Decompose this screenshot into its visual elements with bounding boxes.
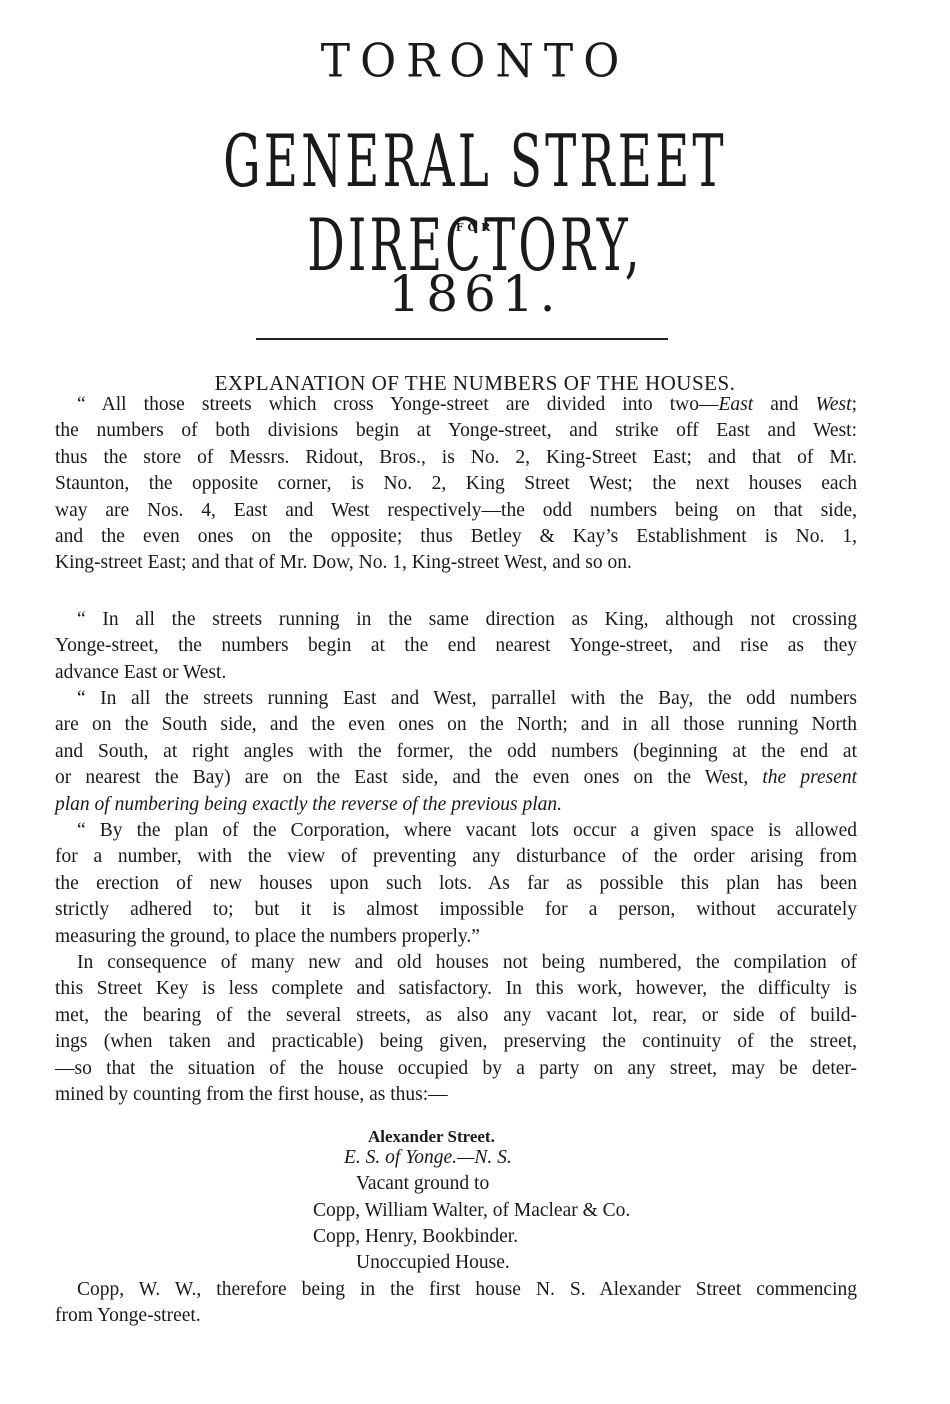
text-line: “ All those streets which cross Yonge-st… [55, 392, 857, 418]
paragraph-3: “ In all the streets running East and We… [55, 686, 857, 818]
text-line: Yonge-street, the numbers begin at the e… [55, 633, 857, 659]
italic-segment: the present [762, 767, 857, 788]
title-general-street-directory: GENERAL STREET DIRECTORY, [105, 120, 846, 288]
paragraph-1: “ All those streets which cross Yonge-st… [55, 392, 857, 577]
example-entry: Unoccupied House. [356, 1250, 510, 1276]
text-line: Copp, W. W., therefore being in the firs… [55, 1277, 857, 1303]
text-line: measuring the ground, to place the numbe… [55, 924, 857, 950]
example-entry: Vacant ground to [356, 1171, 489, 1197]
example-side: E. S. of Yonge.—N. S. [344, 1145, 512, 1171]
title-toronto: TORONTO [0, 35, 950, 89]
text-line: and South, at right angles with the form… [55, 739, 857, 765]
text-line: “ In all the streets running East and We… [55, 686, 857, 712]
text-line: are on the South side, and the even ones… [55, 712, 857, 738]
text-line: from Yonge-street. [55, 1303, 857, 1329]
directory-page: TORONTO GENERAL STREET DIRECTORY, FOR 18… [0, 0, 950, 1404]
text-line: for a number, with the view of preventin… [55, 844, 857, 870]
text-line: met, the bearing of the several streets,… [55, 1003, 857, 1029]
text-line: this Street Key is less complete and sat… [55, 976, 857, 1002]
text-line: ings (when taken and practicable) being … [55, 1029, 857, 1055]
paragraph-5: In consequence of many new and old house… [55, 950, 857, 1108]
text-line: “ In all the streets running in the same… [55, 607, 857, 633]
text-line: strictly adhered to; but it is almost im… [55, 897, 857, 923]
italic-east: East [718, 394, 753, 415]
text-segment: or nearest the Bay) are on the East side… [55, 767, 748, 788]
example-entry: Copp, William Walter, of Maclear & Co. [313, 1198, 630, 1224]
text-line: In consequence of many new and old house… [55, 950, 857, 976]
text-line: the numbers of both divisions begin at Y… [55, 418, 857, 444]
conclusion-paragraph: Copp, W. W., therefore being in the firs… [55, 1277, 857, 1330]
divider-rule [256, 338, 668, 340]
text-line: way are Nos. 4, East and West respective… [55, 498, 857, 524]
example-entry: Copp, Henry, Bookbinder. [313, 1224, 518, 1250]
text-line-italic: plan of numbering being exactly the reve… [55, 792, 857, 818]
italic-west: West [815, 394, 851, 415]
text-line: advance East or West. [55, 660, 857, 686]
title-year: 1861. [0, 265, 950, 323]
paragraph-4: “ By the plan of the Corporation, where … [55, 818, 857, 950]
text-line: King-street East; and that of Mr. Dow, N… [55, 550, 857, 576]
paragraph-2: “ In all the streets running in the same… [55, 607, 857, 686]
text-line: mined by counting from the first house, … [55, 1082, 857, 1108]
text-line: thus the store of Messrs. Ridout, Bros.,… [55, 445, 857, 471]
title-for: FOR [0, 221, 950, 234]
text-line: the erection of new houses upon such lot… [55, 871, 857, 897]
text-line: Staunton, the opposite corner, is No. 2,… [55, 471, 857, 497]
text-line: “ By the plan of the Corporation, where … [55, 818, 857, 844]
text-line: and the even ones on the opposite; thus … [55, 524, 857, 550]
text-line: —so that the situation of the house occu… [55, 1056, 857, 1082]
text-line: or nearest the Bay) are on the East side… [55, 765, 857, 791]
